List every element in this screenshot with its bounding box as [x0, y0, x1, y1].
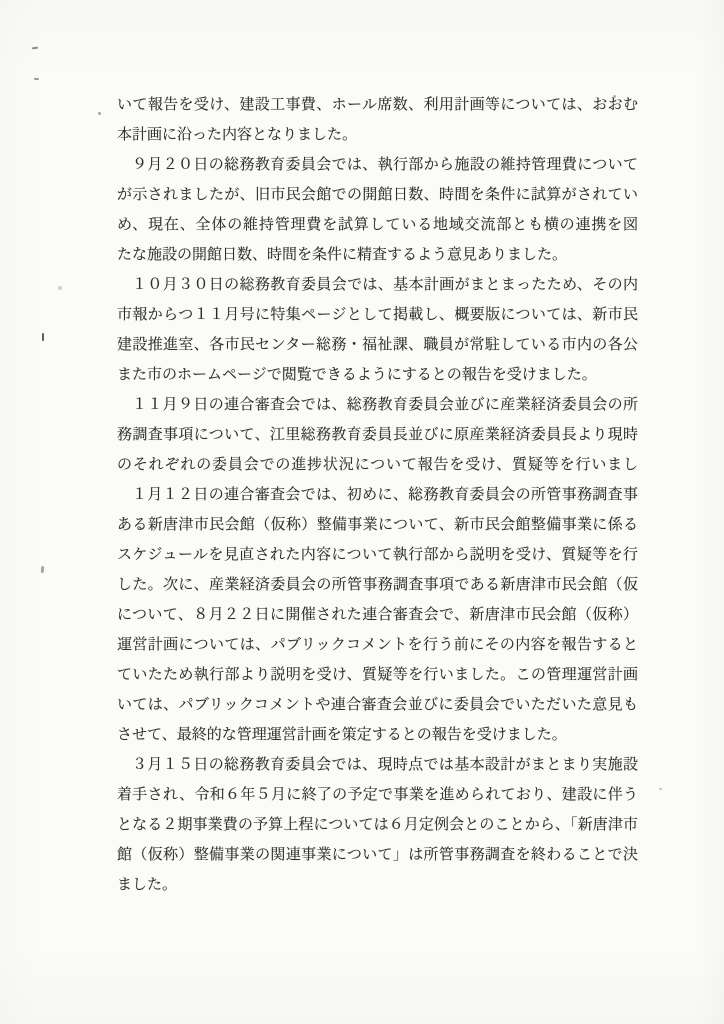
- scan-artifact: [659, 788, 662, 790]
- text-line: ていたため執行部より説明を受け、質疑等を行いました。この管理運営計画につ: [117, 660, 638, 690]
- scan-artifact: [32, 47, 38, 50]
- scanned-page: いて報告を受け、建設工事費、ホール席数、利用計画等については、おおむね基本計画に…: [0, 0, 724, 1024]
- text-line: 館（仮称）整備事業の関連事業について」は所管事務調査を終わることで決定し: [117, 840, 638, 870]
- page-text: いて報告を受け、建設工事費、ホール席数、利用計画等については、おおむね基本計画に…: [117, 90, 638, 900]
- text-line: ３月１５日の総務教育委員会では、現時点では基本設計がまとまり実施設計に: [117, 750, 638, 780]
- text-line: 市報からつ１１月号に特集ページとして掲載し、概要版については、新市民会館: [117, 300, 638, 330]
- scan-artifact: [42, 333, 44, 341]
- scan-artifact: [98, 112, 101, 115]
- text-line: め、現在、全体の維持管理費を試算している地域交流部とも横の連携を図り、新: [117, 210, 638, 240]
- text-line: ９月２０日の総務教育委員会では、執行部から施設の維持管理費について試算: [117, 150, 638, 180]
- text-line: 着手され、令和６年５月に終了の予定で事業を進められており、建設に伴う予算: [117, 780, 638, 810]
- text-line: スケジュールを見直された内容について執行部から説明を受け、質疑等を行いま: [117, 540, 638, 570]
- text-line: 本計画に沿った内容となりました。: [117, 120, 638, 150]
- text-line: いては、パブリックコメントや連合審査会並びに委員会でいただいた意見も反映: [117, 690, 638, 720]
- text-line: ある新唐津市民会館（仮称）整備事業について、新市民会館整備事業に係る目標: [117, 510, 638, 540]
- scan-artifact: [58, 286, 62, 290]
- text-line: させて、最終的な管理運営計画を策定するとの報告を受けました。: [117, 720, 638, 750]
- text-line: が示されましたが、旧市民会館での開館日数、時間を条件に試算がされていたた: [117, 180, 638, 210]
- text-line: １１月９日の連合審査会では、総務教育委員会並びに産業経済委員会の所管事: [117, 390, 638, 420]
- text-line: 運営計画については、パブリックコメントを行う前にその内容を報告するとされ: [117, 630, 638, 660]
- text-line: １月１２日の連合審査会では、初めに、総務教育委員会の所管事務調査事項で: [117, 480, 638, 510]
- text-line: について、８月２２日に開催された連合審査会で、新唐津市民会館（仮称）管理: [117, 600, 638, 630]
- scan-artifact: [34, 78, 39, 81]
- scan-artifact: [41, 566, 44, 573]
- text-line: たな施設の開館日数、時間を条件に精査するよう意見ありました。: [117, 240, 638, 270]
- text-line: また市のホームページで閲覧できるようにするとの報告を受けました。: [117, 360, 638, 390]
- text-line: 建設推進室、各市民センター総務・福祉課、職員が常駐している市内の各公民館、: [117, 330, 638, 360]
- text-line: いて報告を受け、建設工事費、ホール席数、利用計画等については、おおむね基: [117, 90, 638, 120]
- text-line: ました。: [117, 870, 638, 900]
- text-line: となる２期事業費の予算上程については６月定例会とのことから、「新唐津市民会: [117, 810, 638, 840]
- text-line: １０月３０日の総務教育委員会では、基本計画がまとまったため、その内容を: [117, 270, 638, 300]
- text-line: のそれぞれの委員会での進捗状況について報告を受け、質疑等を行いました。: [117, 450, 638, 480]
- text-line: した。次に、産業経済委員会の所管事務調査事項である新唐津市民会館（仮称）: [117, 570, 638, 600]
- text-line: 務調査事項について、江里総務教育委員長並びに原産業経済委員長より現時点で: [117, 420, 638, 450]
